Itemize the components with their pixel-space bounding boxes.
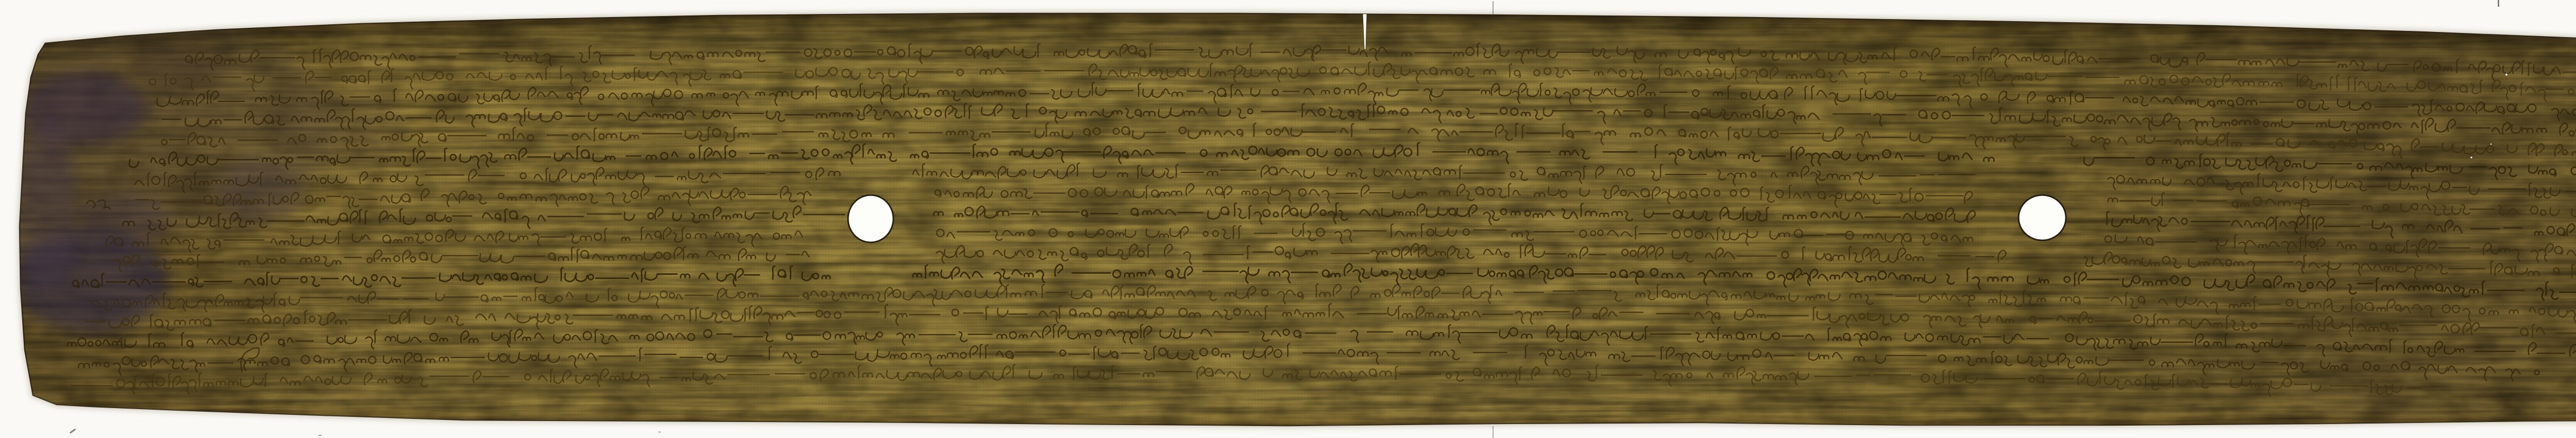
palm-leaf-image: 1 7 7 [0,0,2576,438]
dust-speck [318,435,321,436]
dust-speck [2498,0,2499,7]
binding-hole-right [2019,195,2066,240]
dust-speck [1493,1,1494,15]
leaf-fiber-texture [0,0,2576,438]
binding-hole-left [848,195,893,242]
dust-speck [1493,426,1494,438]
pinhole [2505,73,2507,76]
dust-speck [70,429,76,434]
dust-speck [658,431,661,433]
pinhole [2470,156,2472,159]
pinhole [2490,143,2492,145]
manuscript-scan-page: 1 7 7 178 [0,0,2576,438]
